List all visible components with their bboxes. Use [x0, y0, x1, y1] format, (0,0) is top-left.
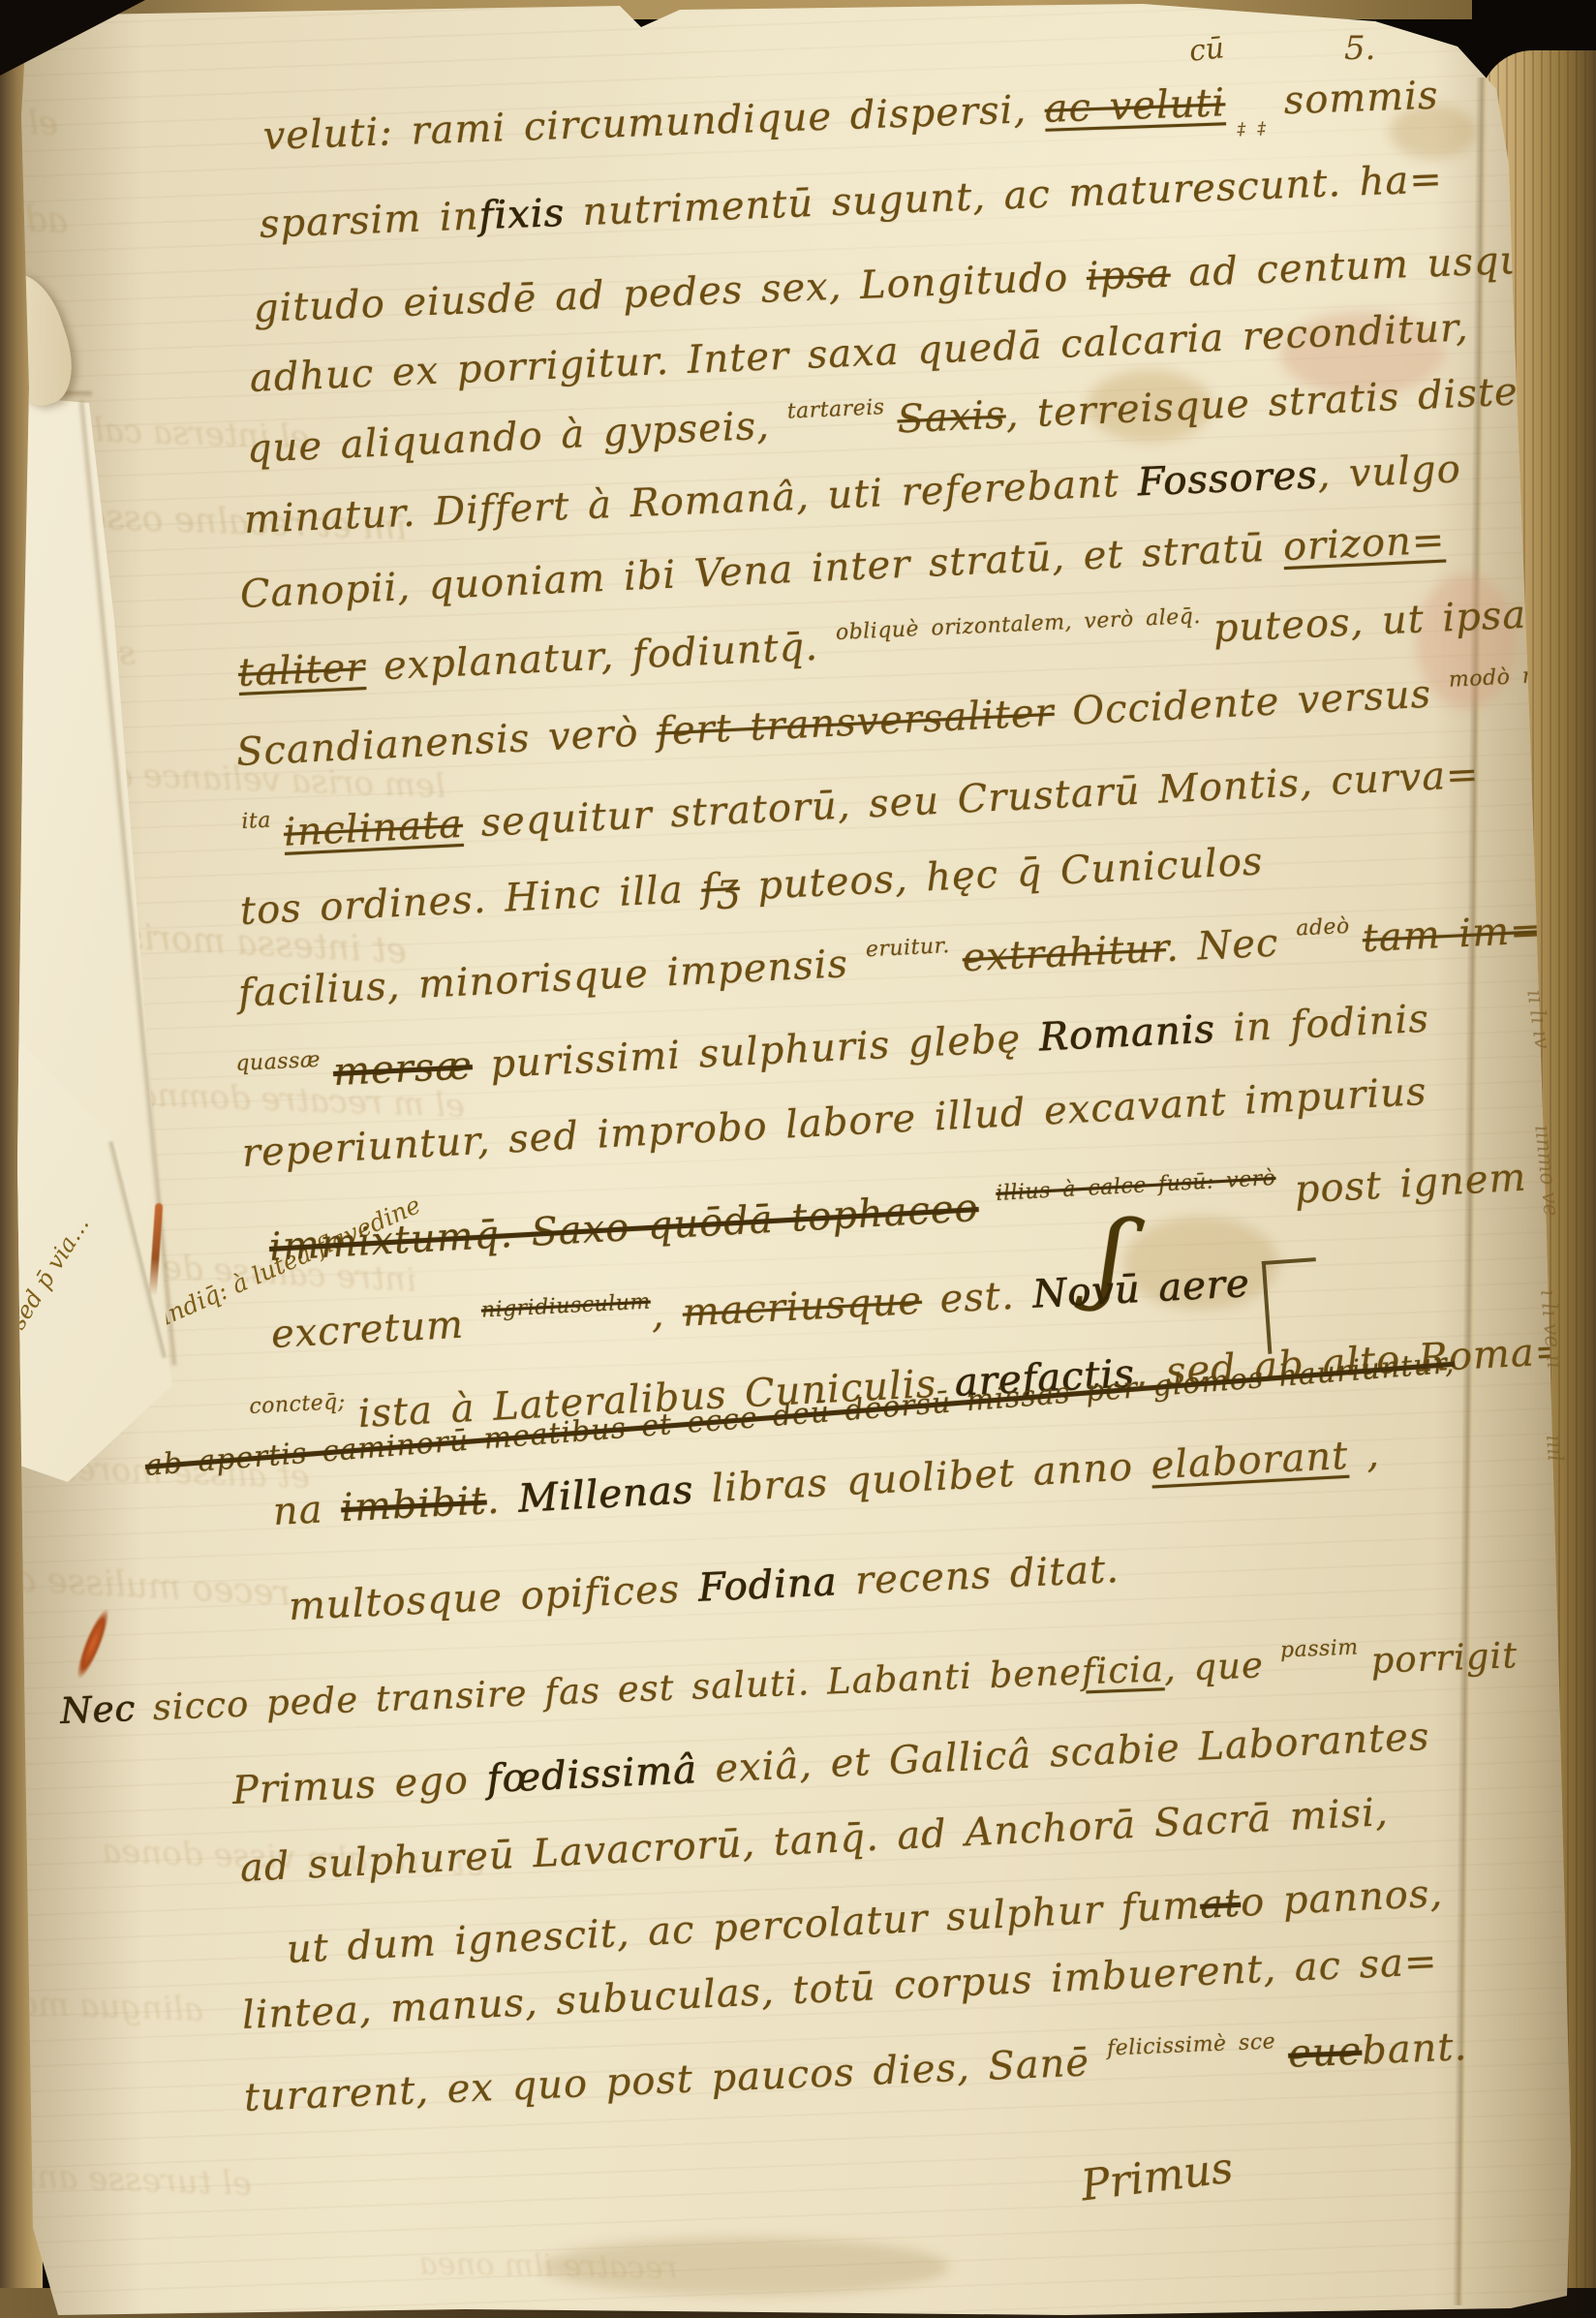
text-segment: passim [1280, 1635, 1371, 1663]
text-segment: Fodina [697, 1560, 839, 1610]
manuscript-line: Nec sicco pede transire fas est saluti. … [59, 1629, 1519, 1732]
text-segment: sequitur stratorū, seu Crustarū Montis, … [462, 753, 1481, 847]
text-segment: Romanis [1038, 1007, 1216, 1061]
page-number: 5. [1344, 29, 1375, 68]
text-segment: felicissimè sce [1107, 2029, 1289, 2061]
text-segment: tartareis [786, 395, 897, 424]
text-segment: Novū aere [1031, 1261, 1251, 1317]
text-segment: sommis [1265, 74, 1439, 124]
text-segment: , que [1163, 1644, 1281, 1690]
text-segment: purissimi sulphuris glebę [472, 1015, 1040, 1088]
text-segment: immixtumq̄. Saxo quōdā tophaceo [268, 1186, 980, 1270]
catchword: Primus [1078, 2144, 1235, 2211]
text-segment: o pannos, [1240, 1871, 1444, 1926]
text-segment: fert transversaliter [656, 691, 1056, 755]
text-segment: que aliquando à gypseis, [246, 403, 788, 472]
text-segment: Millenas [517, 1468, 694, 1521]
manuscript-line: turarent, ex quo post paucos dies, Sanē … [243, 2022, 1468, 2120]
text-segment: . Nec [1165, 920, 1298, 972]
text-segment: libras quolibet anno [692, 1444, 1152, 1513]
text-segment: ‡ ‡ [1226, 119, 1267, 139]
text-segment: orizon= [1282, 518, 1446, 571]
text-segment: sicco pede transire fas est saluti. Laba… [135, 1651, 1082, 1728]
text-segment: . [485, 1477, 519, 1524]
text-segment: nigridiusculum [480, 1289, 651, 1322]
fore-edge-ink-mark: ıııl [1541, 1434, 1567, 1463]
text-segment: , [650, 1291, 684, 1338]
text-segment: veluti: rami circumundique dispersi, [262, 87, 1046, 159]
text-segment: ac veluti [1044, 80, 1226, 131]
text-segment: in fodinis [1214, 997, 1430, 1052]
text-segment: porrigit [1370, 1634, 1519, 1682]
text-segment: bant. [1361, 2024, 1468, 2074]
text-segment: inclinata [283, 802, 464, 855]
text-segment: gitudo eiusdē ad pedes sex, Longitudo [253, 255, 1088, 331]
text-segment: ad sulphureū Lavacrorū, tanq̄. ad Anchor… [239, 1790, 1390, 1891]
text-segment: ſʒ [700, 865, 741, 912]
text-segment: facilius, minorisque impensis [237, 941, 868, 1016]
text-segment: Nec [59, 1687, 137, 1732]
manuscript-page: el seminune velg areiad fine itre calsa … [0, 0, 1596, 2318]
text-segment: adeò [1296, 913, 1363, 941]
manuscript-line: immixtumq̄. Saxo quōdā tophaceo illius à… [268, 1152, 1528, 1270]
text-segment: explanatur, fodiuntq̄. [364, 624, 837, 690]
text-segment: at [1199, 1881, 1242, 1928]
text-segment: post ignem [1275, 1155, 1528, 1213]
text-segment: tos ordines. Hinc illa [239, 867, 703, 934]
manuscript-line: veluti: rami circumundique dispersi, ac … [262, 74, 1440, 173]
text-segment: eue [1287, 2029, 1363, 2077]
text-segment: est. [921, 1273, 1034, 1323]
manuscript-line: multosque opifices Fodina recens ditat. [288, 1547, 1120, 1629]
manuscript-photo: el seminune velg areiad fine itre calsa … [0, 0, 1596, 2318]
text-segment: fum [1120, 1883, 1202, 1932]
handwriting-layer: 5. cū ʃ Primus subicindiq̄: à luteâ flav… [0, 0, 1596, 2318]
manuscript-line: ad sulphureū Lavacrorū, tanq̄. ad Anchor… [239, 1790, 1390, 1891]
text-segment: illius à calce fusū: verò [996, 1166, 1276, 1206]
manuscript-line: excretum nigridiusculum, macriusque est.… [270, 1258, 1251, 1357]
text-segment: fixis [478, 191, 566, 238]
text-segment: ad centum usque [1170, 237, 1550, 296]
text-segment: imbibit [340, 1478, 488, 1530]
text-segment: , terreisque stratis dister- [1005, 368, 1553, 438]
manuscript-line: tos ordines. Hinc illa ſʒ puteos, hęc q̄… [239, 839, 1265, 934]
text-segment: ficia [1081, 1648, 1165, 1692]
text-segment: fœdissimâ [486, 1747, 698, 1802]
text-segment: eruitur. [865, 933, 962, 962]
text-segment: quassæ [235, 1047, 333, 1076]
text-segment: turarent, ex quo post paucos dies, Sanē [243, 2040, 1108, 2120]
text-segment: nutrimentū sugunt, ac maturescunt. ha= [564, 157, 1444, 235]
text-segment: mersæ [332, 1043, 474, 1095]
text-segment: multosque opifices [288, 1566, 699, 1629]
text-segment: recens ditat. [836, 1547, 1120, 1604]
text-segment: Primus ego [231, 1757, 488, 1813]
text-segment: macriusque [682, 1279, 923, 1336]
manuscript-line: sparsim infixis nutrimentū sugunt, ac ma… [259, 157, 1443, 247]
text-segment: ipsa [1086, 252, 1171, 299]
text-segment: Scandianensis verò [235, 710, 658, 775]
text-segment: Fossores [1137, 453, 1319, 506]
text-segment: Occidente versus [1053, 671, 1450, 735]
text-segment: puteos, hęc q̄ Cuniculos [739, 839, 1265, 909]
text-segment: sparsim in [259, 194, 479, 247]
text-segment: Saxis [897, 392, 1007, 442]
text-segment: , [1347, 1432, 1381, 1478]
text-segment: Canopii, quoniam ibi Vena inter stratū, … [239, 525, 1284, 617]
text-segment: taliter [237, 645, 366, 695]
interlinear-annotation: cū [1187, 31, 1226, 69]
text-segment: obliquè orizontalem, verò aleq̄. [835, 603, 1213, 645]
text-segment: extrahitur [962, 926, 1167, 980]
text-segment: tam im= [1362, 908, 1545, 961]
text-segment: excretum [270, 1302, 483, 1357]
text-segment: minatur. Differt à Romanâ, uti refereban… [243, 460, 1138, 542]
text-segment: concteq̄; [249, 1389, 358, 1419]
text-segment: , vulgo [1317, 447, 1462, 497]
text-segment: exiâ, et Gallicâ scabie Laborantes [696, 1715, 1431, 1792]
text-segment: na [272, 1486, 343, 1534]
text-segment: elaborant [1150, 1434, 1349, 1489]
text-segment: ita [241, 808, 284, 834]
